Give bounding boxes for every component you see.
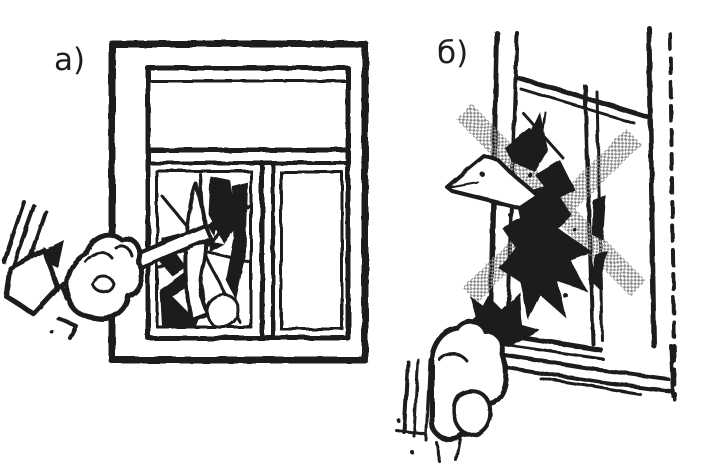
thumb: [454, 391, 490, 435]
panel-a-illustration: [4, 44, 365, 360]
cuff-lines: [396, 360, 430, 440]
panel-b-illustration: [396, 28, 675, 462]
illustration-canvas: а) б): [0, 0, 713, 465]
hand-holding-stick-icon: [4, 202, 142, 338]
panel-a-label: а): [54, 42, 85, 78]
panel-b-label: б): [437, 35, 468, 71]
bare-fist-icon: [396, 300, 510, 462]
bent-shard: [185, 184, 208, 320]
window-sill-icon: [483, 346, 673, 396]
two-panel-line-drawing: а) б): [0, 0, 713, 465]
